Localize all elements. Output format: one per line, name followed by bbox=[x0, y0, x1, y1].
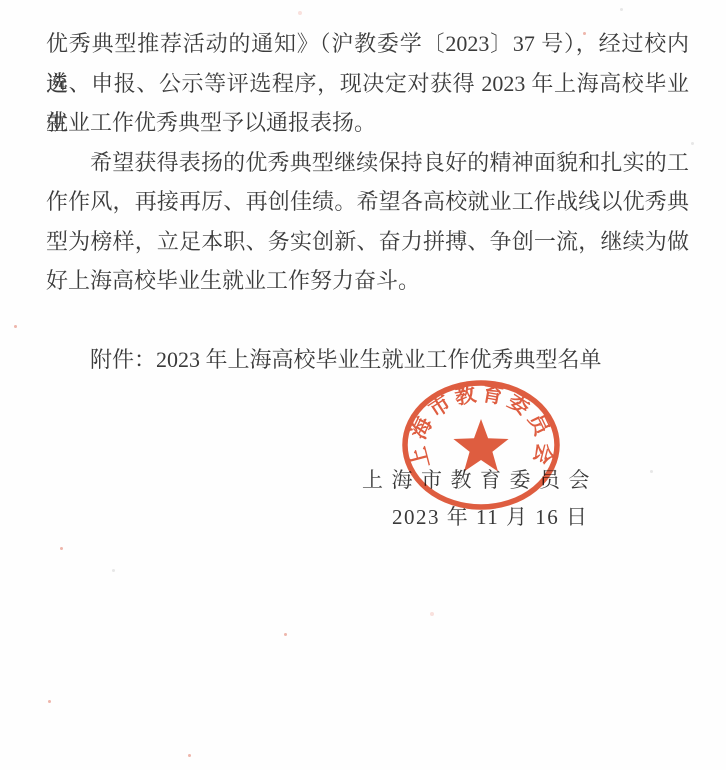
seal-star-icon bbox=[453, 419, 508, 472]
blank-line bbox=[46, 301, 689, 341]
scanned-document-page: 优秀典型推荐活动的通知》（沪教委学〔2023〕37 号），经过校内遴 选、申报、… bbox=[0, 0, 726, 770]
text-line: 就业工作优秀典型予以通报表扬。 bbox=[46, 103, 689, 143]
text-line: 希望获得表扬的优秀典型继续保持良好的精神面貌和扎实的工 bbox=[46, 143, 689, 183]
text-line: 型为榜样，立足本职、务实创新、奋力拼搏、争创一流，继续为做 bbox=[46, 222, 689, 262]
text-line: 作作风，再接再厉、再创佳绩。希望各高校就业工作战线以优秀典 bbox=[46, 182, 689, 222]
text-line: 好上海高校毕业生就业工作努力奋斗。 bbox=[46, 261, 689, 301]
attachment-line: 附件：2023 年上海高校毕业生就业工作优秀典型名单 bbox=[46, 340, 689, 380]
text-line: 优秀典型推荐活动的通知》（沪教委学〔2023〕37 号），经过校内遴 bbox=[46, 24, 689, 64]
text-line: 选、申报、公示等评选程序，现决定对获得 2023 年上海高校毕业生 bbox=[46, 64, 689, 104]
document-body: 优秀典型推荐活动的通知》（沪教委学〔2023〕37 号），经过校内遴 选、申报、… bbox=[46, 24, 689, 380]
official-seal: 上海市教育委员会 bbox=[392, 372, 572, 522]
